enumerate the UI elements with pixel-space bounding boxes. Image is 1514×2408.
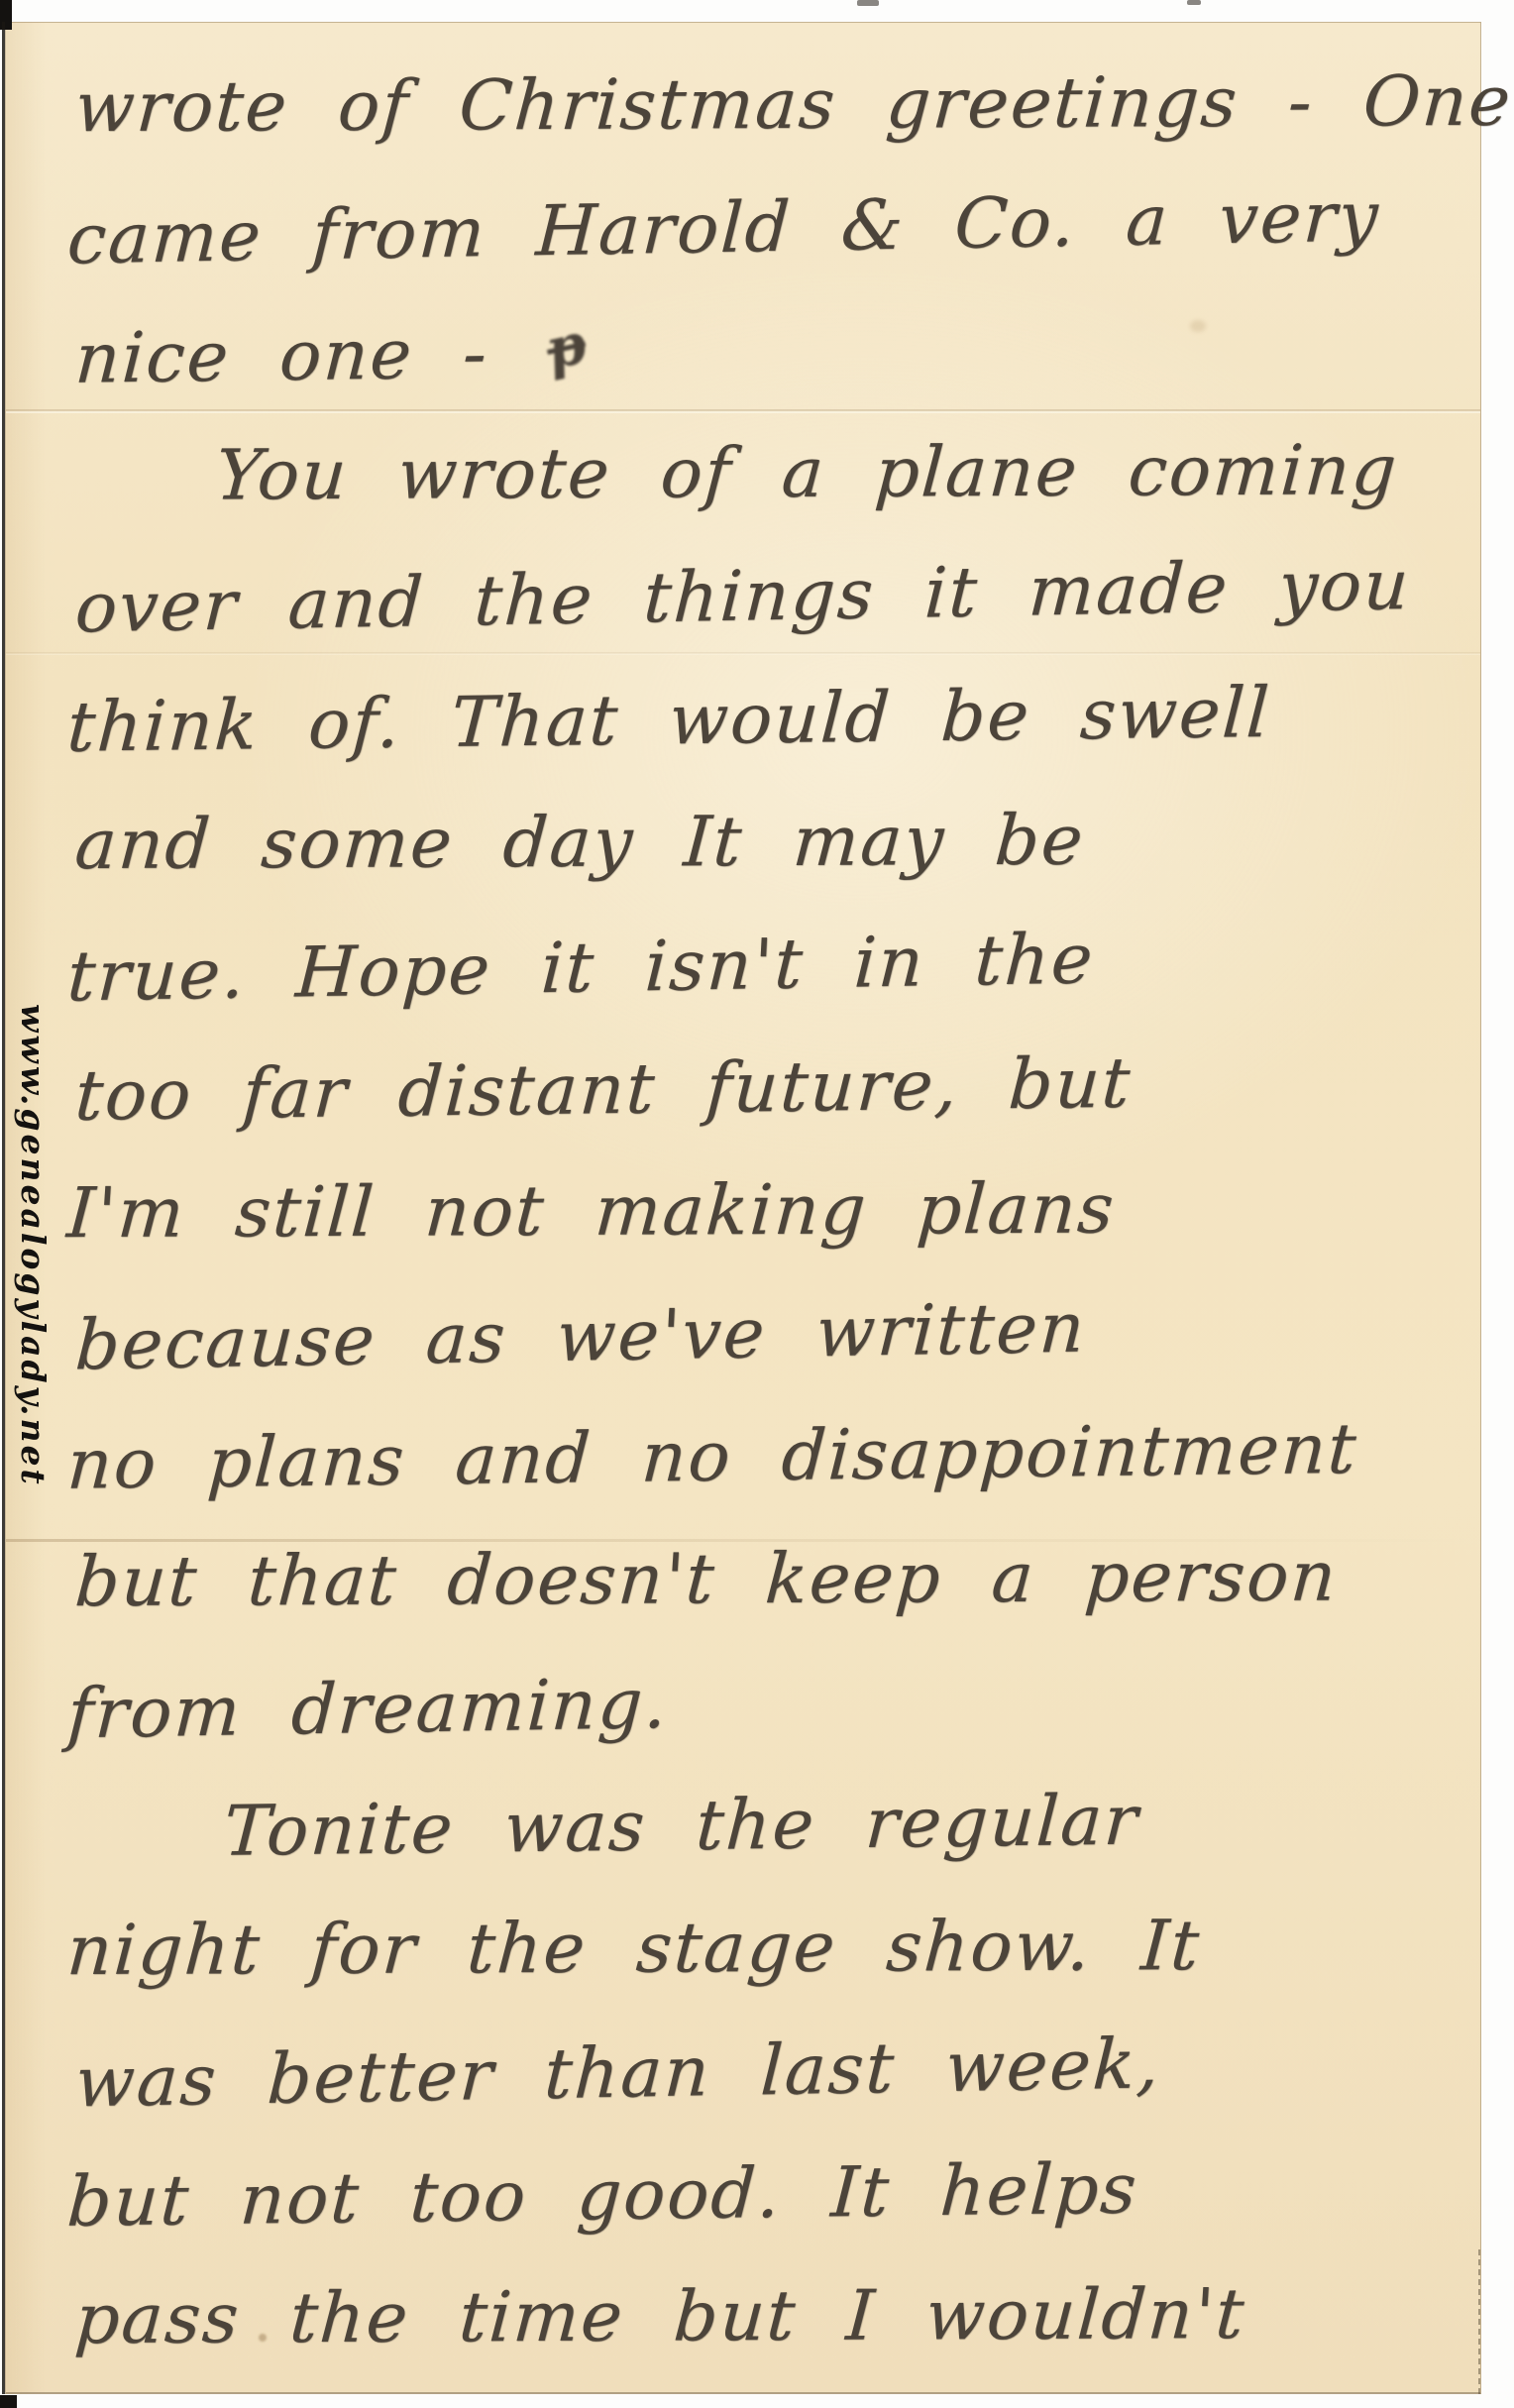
letter-line: came from Harold & Co. a very [66, 154, 1483, 301]
letter-line: wrote of Christmas greetings - One [75, 40, 1483, 168]
letter-line-text: Tonite was the regular [222, 1786, 1141, 1866]
letter-line-text: think of. That would be swell [65, 678, 1272, 762]
letter-line: from dreaming. [66, 1628, 1483, 1776]
letter-line: too far distant future, but [74, 1017, 1482, 1156]
watermark-text: www.genealogylady.net [14, 1004, 53, 1487]
letter-line-text: from dreaming. [65, 1669, 670, 1749]
letter-line-text: because as we've written [73, 1293, 1088, 1380]
letter-line: true. Hope it isn't in the [66, 891, 1483, 1039]
scan-speck [1187, 0, 1201, 5]
letter-line-text: wrote of Christmas greetings - One [73, 66, 1514, 142]
letter-line: no plans and no disappointment [66, 1385, 1482, 1525]
scanner-edge-artifact-bottom-left [0, 2395, 17, 2408]
scan-background: www.genealogylady.net wrote of Christmas… [0, 0, 1514, 2408]
letter-line-text: and some day It may be [73, 806, 1087, 879]
letter-line-text: too far distant future, but [73, 1048, 1134, 1131]
letter-line: I'm still not making plans [67, 1146, 1483, 1274]
letter-line-text: came from Harold & Co. a very [65, 181, 1381, 274]
strikethrough-scribble: p [541, 315, 592, 378]
letter-line: but that doesn't keep a person [75, 1514, 1483, 1643]
letter-line-text: no plans and no disappointment [65, 1414, 1359, 1499]
paper-edge-dashes-right [1478, 2249, 1480, 2394]
letter-line: over and the things it made you [74, 522, 1483, 670]
letter-line: night for the stage show. It [67, 1883, 1483, 2012]
paper-edge-shadow-left [2, 22, 5, 2394]
letter-line-text: I'm still not making plans [65, 1173, 1118, 1248]
letter-line: was better than last week, [74, 1997, 1483, 2144]
letter-line: because as we've written [74, 1259, 1483, 1407]
letter-body: wrote of Christmas greetings - Onecame f… [75, 43, 1482, 2377]
letter-line-text: pass the time but I wouldn't [73, 2279, 1248, 2353]
letter-line-text: was better than last week, [73, 2028, 1162, 2117]
letter-line-text: over and the things it made you [73, 550, 1412, 643]
letter-line: but not too good. It helps [66, 2123, 1482, 2262]
letter-line-text: but not too good. It helps [65, 2153, 1140, 2236]
letter-line: nice one - p [74, 279, 1482, 419]
letter-line-text: true. Hope it isn't in the [65, 924, 1096, 1011]
letter-line-text: nice one - [73, 318, 540, 393]
letter-line: Tonite was the regular [74, 1754, 1482, 1894]
scan-speck [857, 0, 879, 6]
letter-line: pass the time but I wouldn't [75, 2251, 1483, 2380]
letter-paper: www.genealogylady.net wrote of Christmas… [5, 22, 1481, 2394]
letter-line: You wrote of a plane coming [67, 408, 1483, 537]
letter-line-text: but that doesn't keep a person [73, 1542, 1340, 1617]
letter-line: think of. That would be swell [66, 648, 1482, 788]
letter-line-text: You wrote of a plane coming [214, 435, 1400, 509]
letter-line: and some day It may be [75, 777, 1483, 906]
letter-line-text: night for the stage show. It [65, 1911, 1203, 1985]
